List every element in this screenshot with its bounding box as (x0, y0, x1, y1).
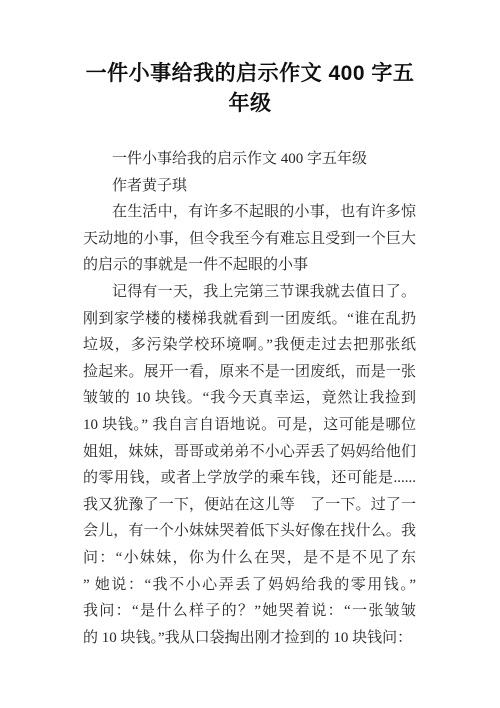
document-page: 一件小事给我的启示作文 400 字五年级 一件小事给我的启示作文 400 字五年… (0, 0, 500, 708)
essay-line: 的 10 块钱。”我从口袋掏出刚才捡到的 10 块钱问： (83, 625, 416, 652)
essay-line: 皱皱的 10 块钱。“我今天真幸运，竟然让我捡到 (83, 385, 416, 412)
essay-line: 的零用钱，或者上学放学的乘车钱，还可能是...... (83, 465, 416, 492)
essay-line: 问：“小妹妹，你为什么在哭，是不是不见了东西？ (83, 545, 416, 572)
essay-line: 我问：“是什么样子的？”她哭着说：“一张皱皱 (83, 598, 416, 625)
essay-body: 一件小事给我的启示作文 400 字五年级作者黄子琪在生活中，有许多不起眼的小事，… (83, 146, 416, 651)
essay-line: 的启示的事就是一件不起眼的小事 (83, 252, 416, 279)
essay-line: 我又犹豫了一下，便站在这儿等 了一下。过了一 (83, 492, 416, 519)
essay-line: 在生活中，有许多不起眼的小事，也有许多惊 (83, 199, 416, 226)
essay-line: 天动地的小事，但令我至今有难忘且受到一个巨大 (83, 226, 416, 253)
essay-line: 刚到家学楼的楼梯我就看到一团废纸。“谁在乱扔 (83, 306, 416, 333)
essay-line: ” 她说：“我不小心弄丢了妈妈给我的零用钱。” (83, 572, 416, 599)
essay-line: 姐姐，妹妹，哥哥或弟弟不小心弄丢了妈妈给他们 (83, 439, 416, 466)
essay-line: 垃圾，多污染学校环境啊。”我便走过去把那张纸 (83, 332, 416, 359)
essay-line: 一件小事给我的启示作文 400 字五年级 (83, 146, 416, 173)
essay-line: 记得有一天，我上完第三节课我就去值日了。 (83, 279, 416, 306)
essay-line: 会儿，有一个小妹妹哭着低下头好像在找什么。我 (83, 518, 416, 545)
page-title: 一件小事给我的启示作文 400 字五年级 (78, 59, 422, 119)
essay-line: 作者黄子琪 (83, 173, 416, 200)
essay-line: 10 块钱。” 我自言自语地说。可是，这可能是哪位 (83, 412, 416, 439)
essay-line: 捡起来。展开一看，原来不是一团废纸，而是一张 (83, 359, 416, 386)
